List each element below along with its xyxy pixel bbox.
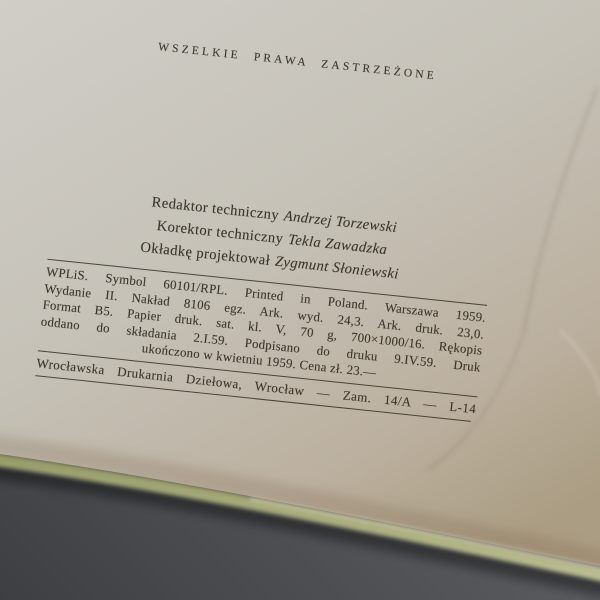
colophon: WSZELKIE PRAWA ZASTRZEŻONE Redaktor tech…	[35, 26, 511, 422]
book-page-photo: WSZELKIE PRAWA ZASTRZEŻONE Redaktor tech…	[0, 0, 600, 600]
